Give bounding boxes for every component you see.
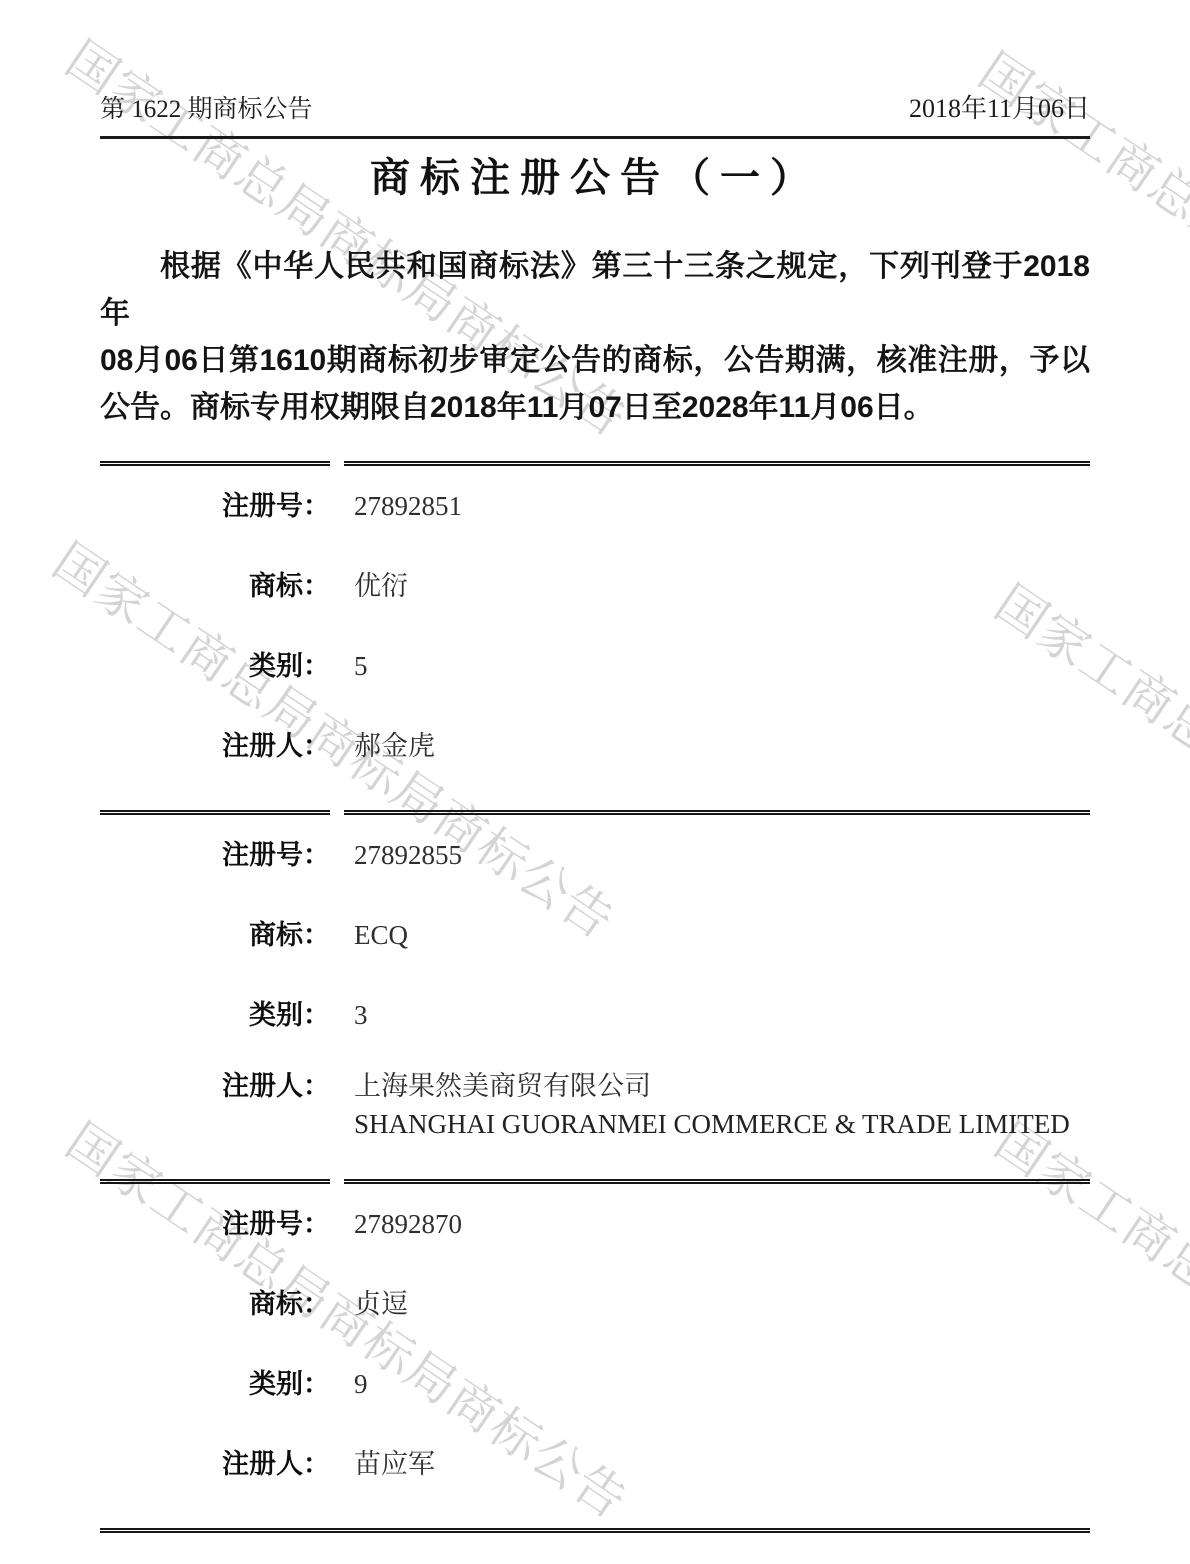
field-label-category: 类别： — [100, 1365, 330, 1403]
separator-segment — [100, 461, 330, 466]
field-row-registrant: 注册人： 上海果然美商贸有限公司 SHANGHAI GUORANMEI COMM… — [100, 1055, 1090, 1155]
record-separator — [100, 1179, 1090, 1184]
final-rule — [100, 1528, 1090, 1533]
separator-segment — [344, 810, 1090, 815]
field-row-trademark: 商标： ECQ — [100, 895, 1090, 975]
field-row-trademark: 商标： 贞逗 — [100, 1264, 1090, 1344]
field-label-category: 类别： — [100, 647, 330, 685]
field-value-trademark: ECQ — [330, 916, 408, 954]
field-row-category: 类别： 5 — [100, 626, 1090, 706]
intro-line: 08月06日第1610期商标初步审定公告的商标，公告期满，核准注册，予以 — [100, 337, 1090, 384]
page-header: 第 1622 期商标公告 2018年11月06日 — [100, 0, 1090, 126]
field-label-trademark: 商标： — [100, 1285, 330, 1323]
field-value-category: 3 — [330, 996, 368, 1034]
intro-line: 公告。商标专用权期限自2018年11月07日至2028年11月06日。 — [100, 384, 1090, 431]
issue-label: 第 1622 期商标公告 — [100, 93, 313, 126]
field-value-reg-no: 27892855 — [330, 836, 462, 874]
separator-segment — [344, 461, 1090, 466]
field-label-reg-no: 注册号： — [100, 836, 330, 874]
separator-gap — [330, 461, 344, 466]
separator-segment — [100, 1179, 330, 1184]
separator-gap — [330, 1179, 344, 1184]
page-content: 第 1622 期商标公告 2018年11月06日 商标注册公告（一） 根据《中华… — [0, 0, 1190, 1533]
field-row-category: 类别： 3 — [100, 975, 1090, 1055]
trademark-record: 注册号： 27892855 商标： ECQ 类别： 3 注册人： 上海果然美商贸… — [100, 810, 1090, 1179]
intro-paragraph: 根据《中华人民共和国商标法》第三十三条之规定，下列刊登于2018年 08月06日… — [100, 243, 1090, 431]
header-rule — [100, 136, 1090, 139]
field-value-reg-no: 27892851 — [330, 487, 462, 525]
separator-segment — [100, 810, 330, 815]
field-row-reg-no: 注册号： 27892855 — [100, 815, 1090, 895]
records-list: 注册号： 27892851 商标： 优衍 类别： 5 注册人： 郝金虎 — [100, 461, 1090, 1533]
trademark-record: 注册号： 27892851 商标： 优衍 类别： 5 注册人： 郝金虎 — [100, 461, 1090, 810]
separator-gap — [330, 810, 344, 815]
field-row-reg-no: 注册号： 27892870 — [100, 1184, 1090, 1264]
page-title: 商标注册公告（一） — [100, 153, 1090, 203]
registrant-cn: 上海果然美商贸有限公司 — [354, 1071, 651, 1101]
field-label-reg-no: 注册号： — [100, 1205, 330, 1243]
field-value-registrant: 郝金虎 — [330, 727, 435, 765]
field-row-registrant: 注册人： 苗应军 — [100, 1424, 1090, 1504]
field-label-category: 类别： — [100, 996, 330, 1034]
field-label-registrant: 注册人： — [100, 727, 330, 765]
field-value-registrant: 苗应军 — [330, 1445, 435, 1483]
field-value-trademark: 贞逗 — [330, 1285, 408, 1323]
gazette-page: 国家工商总局商标局商标公告 国家工商总局商标局商标公告 国家工商总局商标局商标公… — [0, 0, 1190, 1564]
field-label-registrant: 注册人： — [100, 1067, 330, 1105]
field-row-registrant: 注册人： 郝金虎 — [100, 706, 1090, 786]
field-label-reg-no: 注册号： — [100, 487, 330, 525]
field-label-trademark: 商标： — [100, 916, 330, 954]
field-label-registrant: 注册人： — [100, 1445, 330, 1483]
field-value-category: 5 — [330, 647, 368, 685]
issue-date: 2018年11月06日 — [909, 92, 1090, 125]
separator-segment — [344, 1179, 1090, 1184]
field-value-reg-no: 27892870 — [330, 1205, 462, 1243]
field-row-reg-no: 注册号： 27892851 — [100, 466, 1090, 546]
field-row-trademark: 商标： 优衍 — [100, 546, 1090, 626]
trademark-record: 注册号： 27892870 商标： 贞逗 类别： 9 注册人： 苗应军 — [100, 1179, 1090, 1528]
field-value-category: 9 — [330, 1365, 368, 1403]
field-label-trademark: 商标： — [100, 567, 330, 605]
intro-line: 根据《中华人民共和国商标法》第三十三条之规定，下列刊登于2018年 — [100, 243, 1090, 337]
record-separator — [100, 810, 1090, 815]
field-row-category: 类别： 9 — [100, 1344, 1090, 1424]
field-value-trademark: 优衍 — [330, 567, 408, 605]
field-value-registrant: 上海果然美商贸有限公司 SHANGHAI GUORANMEI COMMERCE … — [330, 1067, 1070, 1143]
registrant-en: SHANGHAI GUORANMEI COMMERCE & TRADE LIMI… — [354, 1105, 1070, 1143]
record-separator — [100, 461, 1090, 466]
